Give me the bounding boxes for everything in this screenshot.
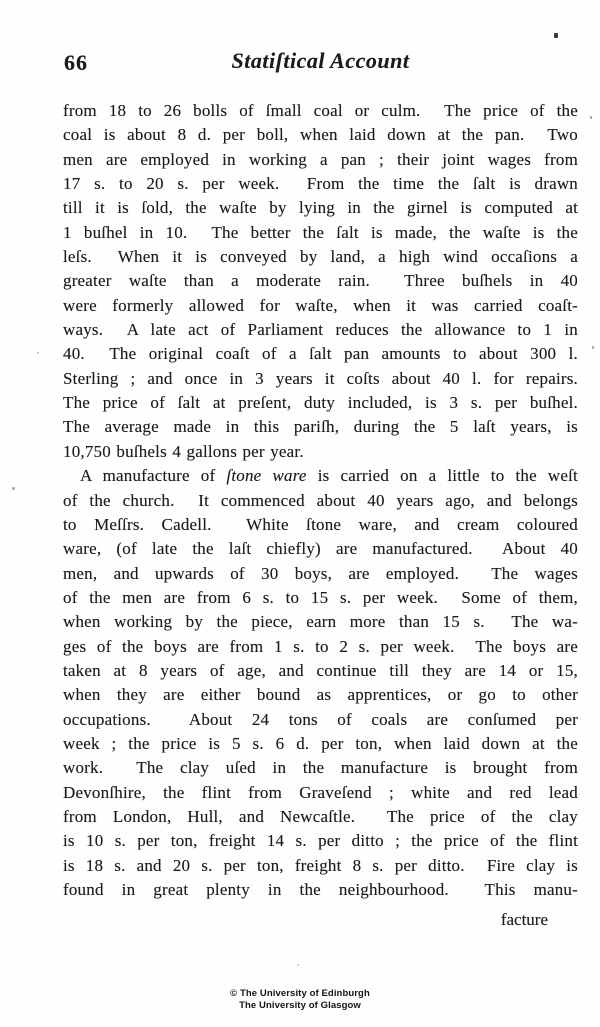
text-line: 1 buſhel in 10. The better the ſalt is m… [63,221,578,245]
text-line: 10,750 buſhels 4 gallons per year. [63,440,578,464]
text-line: ges of the boys are from 1 s. to 2 s. pe… [63,635,578,659]
text-line: coal is about 8 d. per boll, when laid d… [63,123,578,147]
text-line: to Meſſrs. Cadell. White ſtone ware, and… [63,513,578,537]
text-line: of the church. It commenced about 40 yea… [63,489,578,513]
scan-speck [37,352,39,354]
text-line: found in great plenty in the neighbourho… [63,878,578,902]
scan-speck [12,487,15,490]
library-attribution: © The University of Edinburgh The Univer… [0,988,600,1012]
text-line: occupations. About 24 tons of coals are … [63,708,578,732]
scan-speck [554,33,558,38]
book-page: 66 Statiſtical Account from 18 to 26 bol… [0,0,600,1027]
text-line: work. The clay uſed in the manufacture i… [63,756,578,780]
text-line: when working by the piece, earn more tha… [63,610,578,634]
scan-speck [590,116,592,119]
text-line: 40. The original coaſt of a ſalt pan amo… [63,342,578,366]
text-line: greater waſte than a moderate rain. Thre… [63,269,578,293]
text-line: is 10 s. per ton, freight 14 s. per ditt… [63,829,578,853]
text-line: Sterling ; and once in 3 years it coſts … [63,367,578,391]
text-line: leſs. When it is conveyed by land, a hig… [63,245,578,269]
text-segment: is carried on a little to the weſt [307,466,578,485]
text-line: till it is ſold, the waſte by lying in t… [63,196,578,220]
text-line: men, and upwards of 30 boys, are employe… [63,562,578,586]
text-segment: A manufacture of [80,466,226,485]
italic-phrase: ſtone ware [226,466,306,485]
scan-speck [592,346,594,349]
text-line: The price of ſalt at preſent, duty inclu… [63,391,578,415]
text-line: were formerly allowed for waſte, when it… [63,294,578,318]
text-line: Devonſhire, the flint from Graveſend ; w… [63,781,578,805]
catchword: facture [501,908,548,932]
text-line: from 18 to 26 bolls of ſmall coal or cul… [63,99,578,123]
text-line: from London, Hull, and Newcaſtle. The pr… [63,805,578,829]
page-body: from 18 to 26 bolls of ſmall coal or cul… [63,99,578,902]
text-line: A manufacture of ſtone ware is carried o… [63,464,578,488]
text-line: week ; the price is 5 s. 6 d. per ton, w… [63,732,578,756]
text-line: ways. A late act of Parliament reduces t… [63,318,578,342]
text-line: 17 s. to 20 s. per week. From the time t… [63,172,578,196]
scan-speck [297,964,299,966]
running-title: Statiſtical Account [63,48,578,74]
text-line: taken at 8 years of age, and continue ti… [63,659,578,683]
text-line: when they are either bound as apprentice… [63,683,578,707]
text-line: ware, (of late the laſt chiefly) are man… [63,537,578,561]
text-line: men are employed in working a pan ; thei… [63,148,578,172]
text-line: is 18 s. and 20 s. per ton, freight 8 s.… [63,854,578,878]
text-line: of the men are from 6 s. to 15 s. per we… [63,586,578,610]
attribution-line-1: © The University of Edinburgh [0,988,600,1000]
attribution-line-2: The University of Glasgow [0,1000,600,1012]
text-line: The average made in this pariſh, during … [63,415,578,439]
